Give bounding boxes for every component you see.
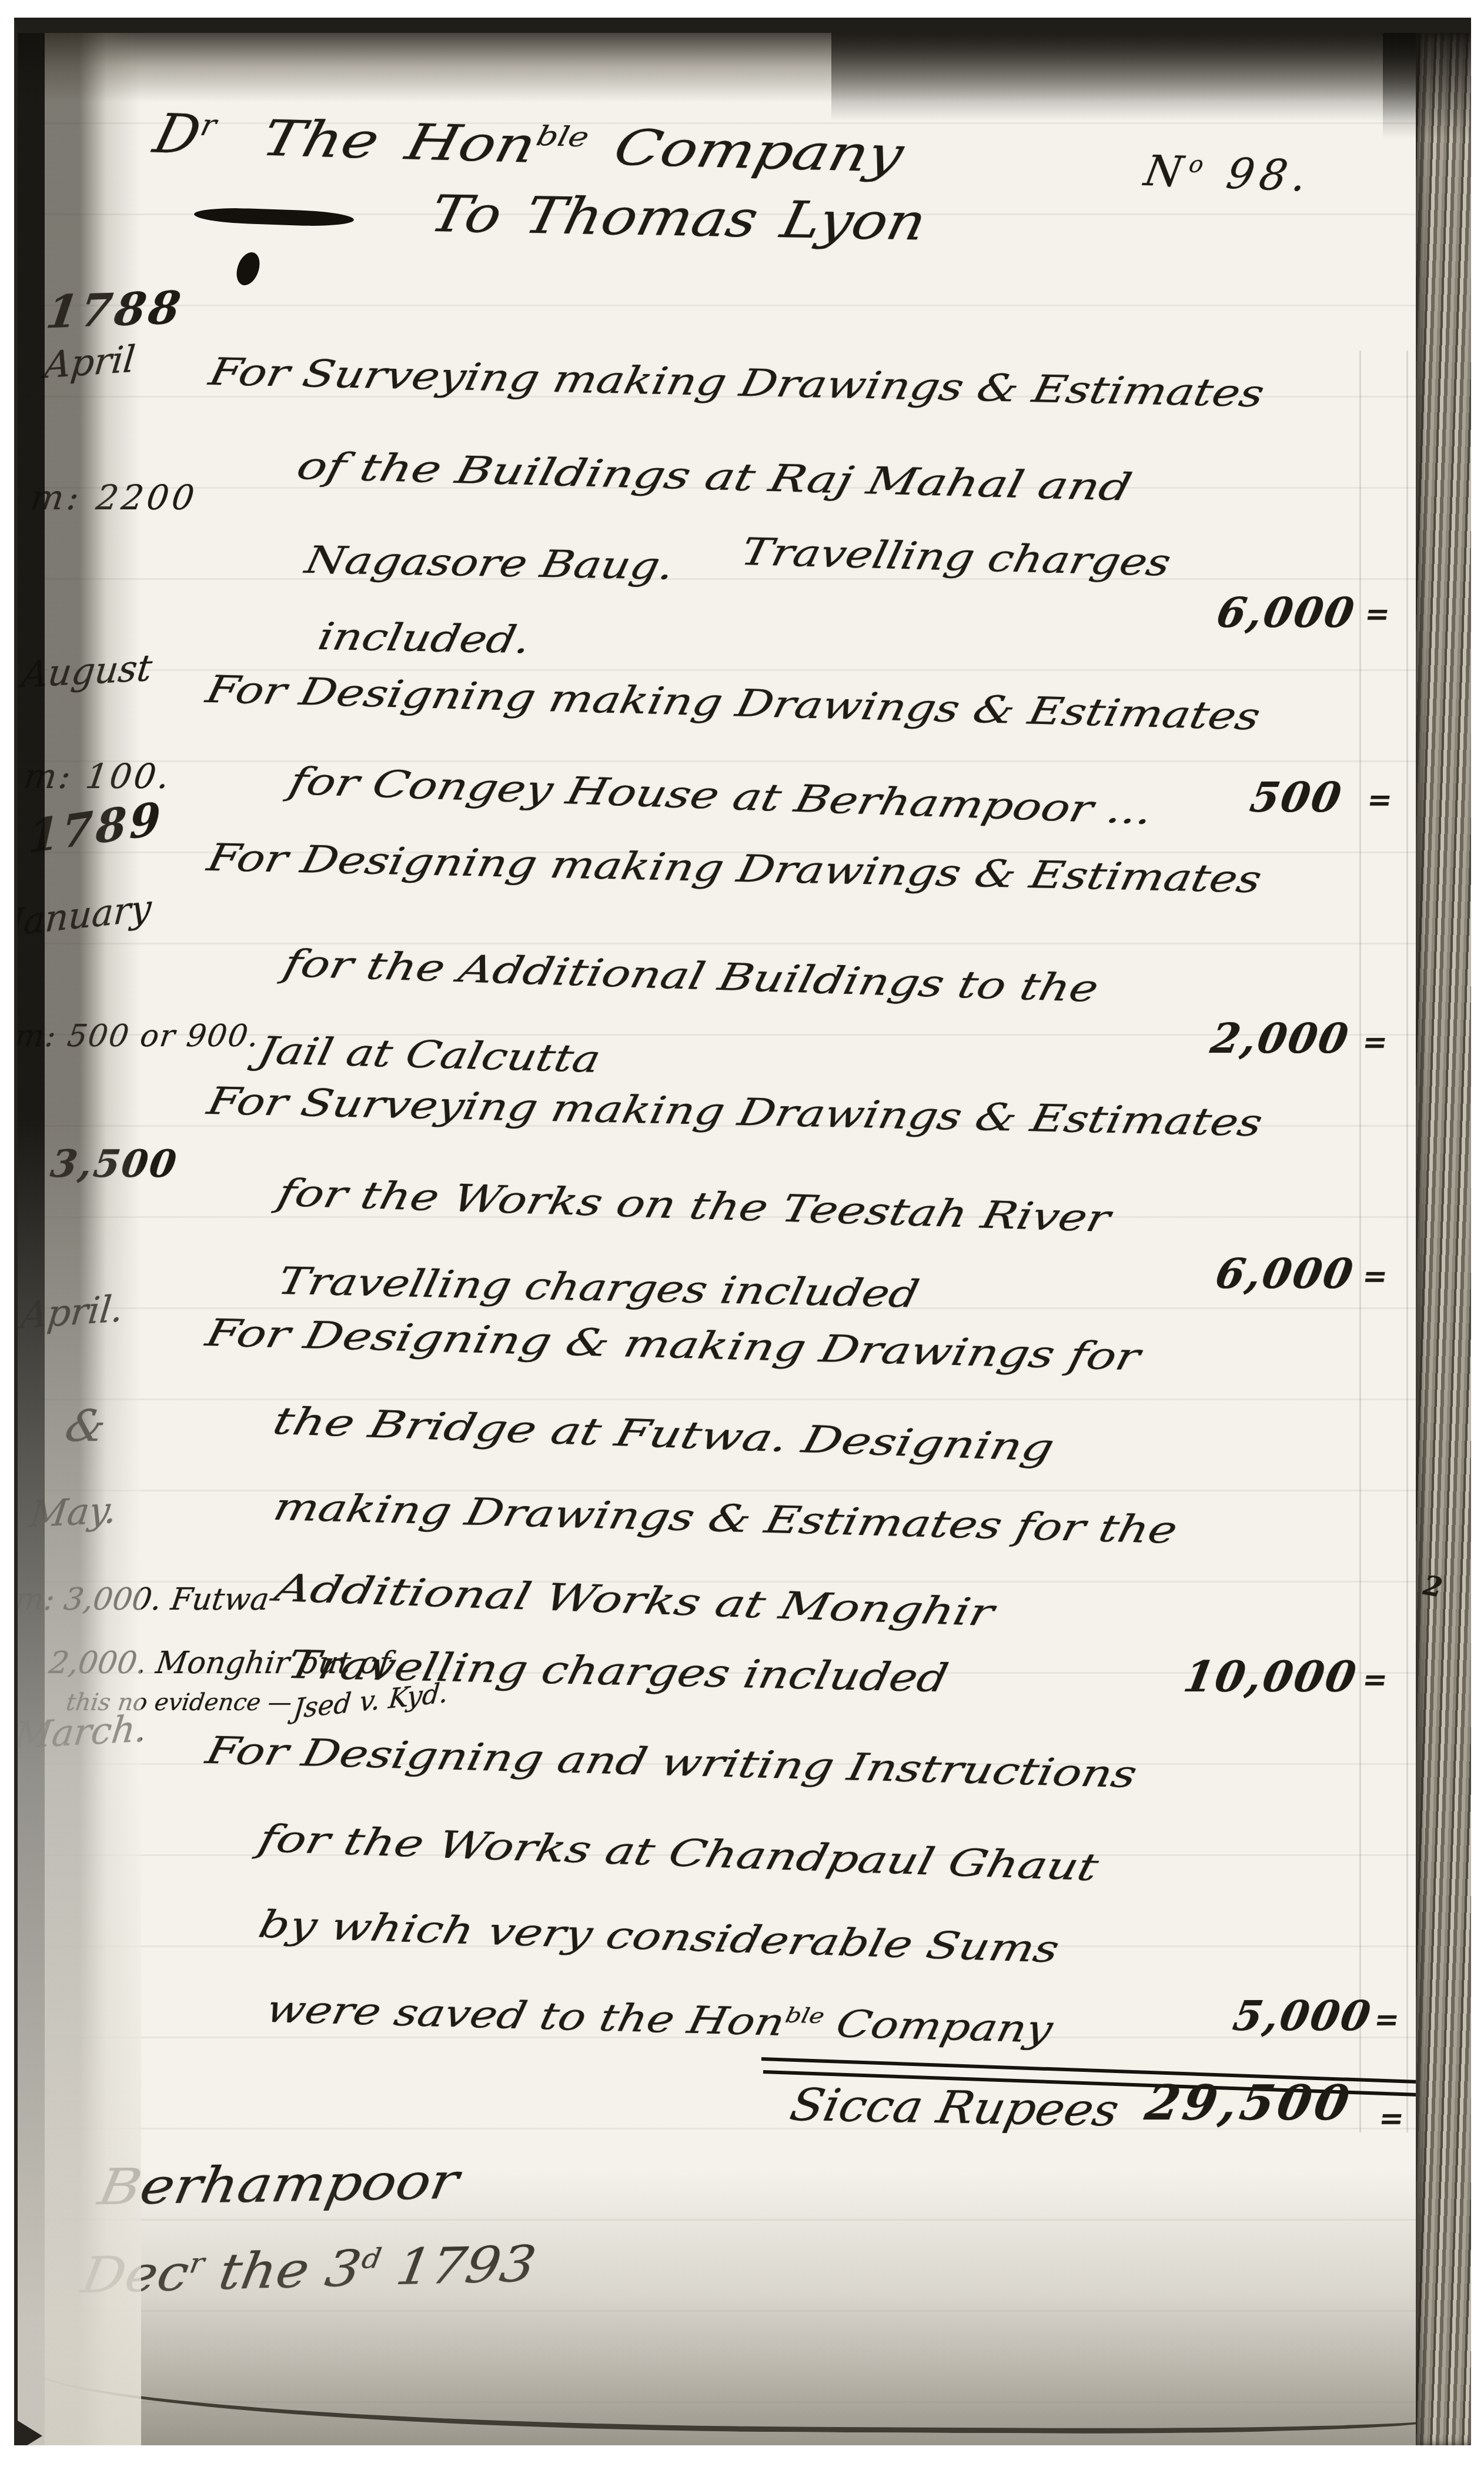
account-title-text: The Hon	[256, 109, 542, 174]
entry-line-rest: Company	[818, 2002, 1057, 2052]
account-title-superscript: ble	[533, 120, 592, 153]
money-column-rule	[1359, 351, 1361, 2132]
total-label: Sicca Rupees	[786, 2078, 1124, 2136]
entry-line: included.	[315, 615, 535, 662]
amount-value: 6,000	[1213, 588, 1359, 637]
entry-line-superscript: ble	[783, 2004, 827, 2028]
manuscript-scan: Dr The Honble Company No 98. To Thomas L…	[0, 0, 1484, 2470]
amount-value: 5,000	[1229, 1991, 1376, 2040]
total-amount: 29,500	[1141, 2075, 1357, 2131]
corner-mark	[18, 2421, 42, 2445]
amount-value: 2,000	[1207, 1014, 1353, 1063]
account-title-rest: Company	[579, 118, 909, 183]
document-number-rest: 98.	[1204, 148, 1316, 201]
account-holder: To Thomas Lyon	[425, 185, 931, 252]
fore-edge-stripes	[1416, 33, 1471, 2445]
fore-edge-top-shadow	[1383, 33, 1471, 139]
entry-line: Nagasore Baug.	[302, 539, 679, 589]
amount-value: 10,000	[1180, 1651, 1362, 1701]
entry-line: Jail at Calcutta	[254, 1029, 604, 1082]
amount-value: 500	[1246, 773, 1346, 822]
ledger-page: Dr The Honble Company No 98. To Thomas L…	[14, 18, 1471, 2445]
document-number: No 98.	[1141, 146, 1316, 201]
document-number-text: N	[1141, 146, 1192, 196]
left-gutter-fade	[18, 33, 141, 2445]
top-right-shadow	[831, 33, 1471, 121]
amount-value: 6,000	[1212, 1249, 1358, 1298]
